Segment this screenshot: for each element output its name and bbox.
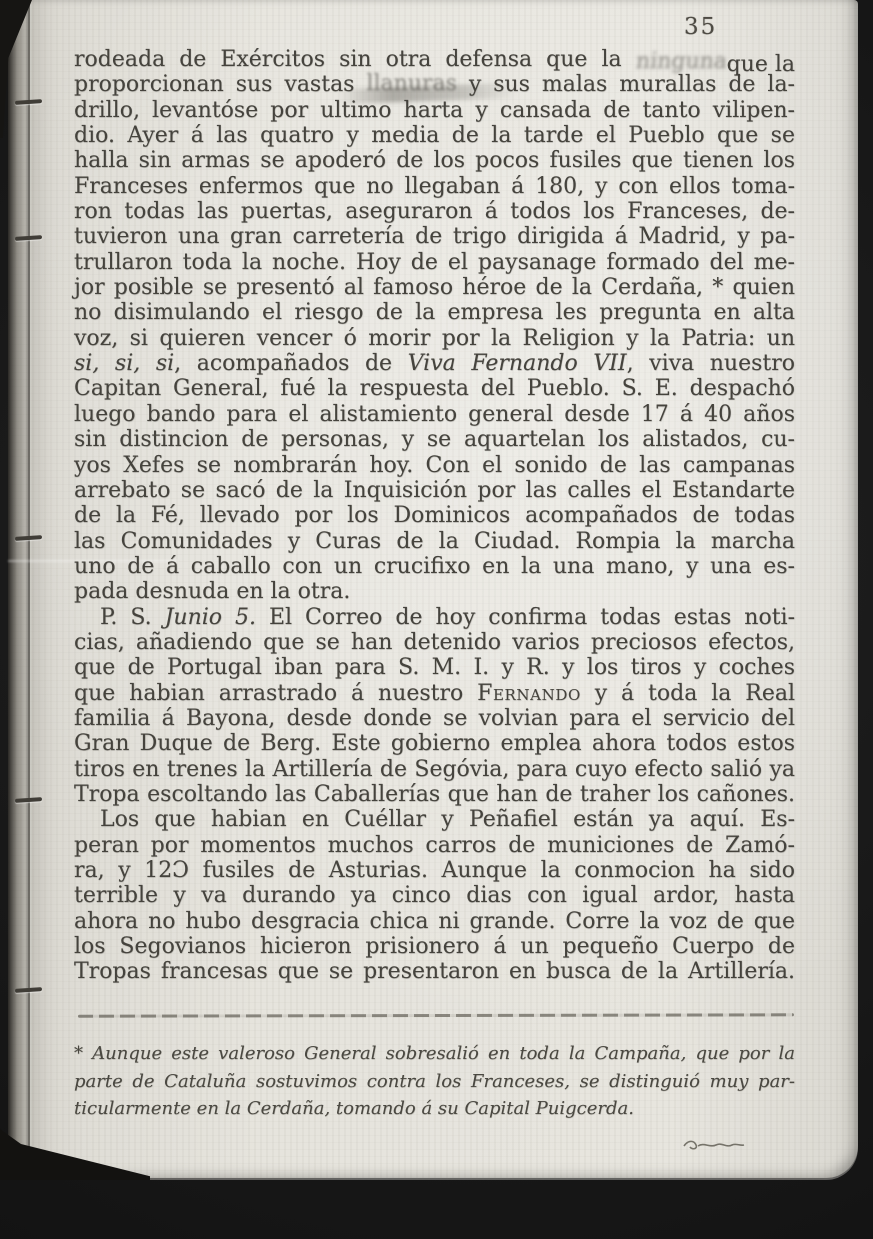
text-line: sin distincion de personas, y se aquarte… xyxy=(74,427,795,452)
text-line: Tropas francesas que se presentaron en b… xyxy=(74,959,795,984)
text-line: parte de Cataluña sostuvimos contra los … xyxy=(74,1068,795,1096)
text-line: que habian arrastrado á nuestro Fernando… xyxy=(74,681,795,706)
text-line: yos Xefes se nombrarán hoy. Con el sonid… xyxy=(74,453,795,478)
text-line: tuvieron una gran carretería de trigo di… xyxy=(74,224,795,249)
text-line: voz, si quieren vencer ó morir por la Re… xyxy=(74,326,795,351)
text-line: Gran Duque de Berg. Este gobierno emplea… xyxy=(74,731,795,756)
text-line: no disimulando el riesgo de la empresa l… xyxy=(74,300,795,325)
text-line: peran por momentos muchos carros de muni… xyxy=(74,833,795,858)
main-text: rodeada de Exércitos sin otra defensa qu… xyxy=(74,47,795,985)
text-line: si, si, si, acompañados de Viva Fernando… xyxy=(74,351,795,376)
text-line: familia á Bayona, desde donde se volvian… xyxy=(74,706,795,731)
binding-crease xyxy=(28,0,30,1178)
text-line: terrible y va durando ya cinco dias con … xyxy=(74,883,795,908)
text-line: halla sin armas se apoderó de los pocos … xyxy=(74,148,795,173)
text-line: Los que habian en Cuéllar y Peñafiel est… xyxy=(74,807,795,832)
text-line: trullaron toda la noche. Hoy de el paysa… xyxy=(74,250,795,275)
page-number: 35 xyxy=(684,14,717,40)
text-line: P. S. Junio 5. El Correo de hoy confirma… xyxy=(74,605,795,630)
text-line: ra, y 12Ɔ fusiles de Asturias. Aunque la… xyxy=(74,858,795,883)
text-line: cias, añadiendo que se han detenido vari… xyxy=(74,630,795,655)
text-line: pada desnuda en la otra. xyxy=(74,579,795,604)
footnote-separator-rule xyxy=(78,1013,794,1017)
handwritten-mark xyxy=(680,1136,750,1156)
text-line: los Segovianos hicieron prisionero á un … xyxy=(74,934,795,959)
text-line: arrebato se sacó de la Inquisición por l… xyxy=(74,478,795,503)
text-line: las Comunidades y Curas de la Ciudad. Ro… xyxy=(74,529,795,554)
text-line: Tropa escoltando las Caballerías que han… xyxy=(74,782,795,807)
text-line: drillo, levantóse por ultimo harta y can… xyxy=(74,98,795,123)
text-line: jor posible se presentó al famoso héroe … xyxy=(74,275,795,300)
text-line: tiros en trenes la Artillería de Segóvia… xyxy=(74,757,795,782)
text-line: uno de á caballo con un crucifixo en la … xyxy=(74,554,795,579)
text-line: ahora no hubo desgracia chica ni grande.… xyxy=(74,909,795,934)
text-line: Capitan General, fué la respuesta del Pu… xyxy=(74,376,795,401)
book-page: 35 rodeada de Exércitos sin otra defensa… xyxy=(8,0,858,1178)
text-line: rodeada de Exércitos sin otra defensa qu… xyxy=(74,47,795,72)
footnote-text: * Aunque este valeroso General sobresali… xyxy=(74,1040,795,1123)
text-line: dio. Ayer á las quatro y media de la tar… xyxy=(74,123,795,148)
text-line: luego bando para el alistamiento general… xyxy=(74,402,795,427)
text-line: ticularmente en la Cerdaña, tomando á su… xyxy=(74,1095,795,1123)
text-line: que de Portugal iban para S. M. I. y R. … xyxy=(74,655,795,680)
book-scan: 35 rodeada de Exércitos sin otra defensa… xyxy=(0,0,873,1239)
text-line: de la Fé, llevado por los Dominicos acom… xyxy=(74,503,795,528)
text-line: Franceses enfermos que no llegaban á 180… xyxy=(74,174,795,199)
text-line: * Aunque este valeroso General sobresali… xyxy=(74,1040,795,1068)
text-line: ron todas las puertas, aseguraron á todo… xyxy=(74,199,795,224)
